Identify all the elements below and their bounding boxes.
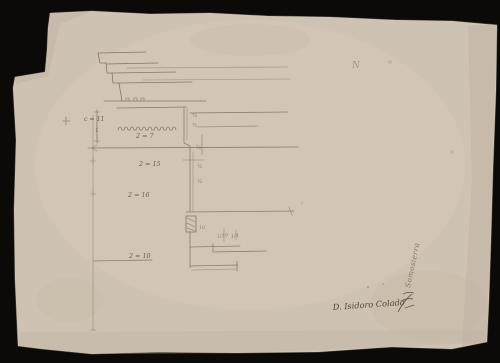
fraction-label-3: ¼	[196, 144, 201, 151]
fraction-label-5: ¼	[197, 178, 202, 185]
sheet-corner-mark: N	[351, 61, 361, 71]
fraction-label-1: ¾	[192, 112, 197, 119]
dimension-label-wall: 2 = 16	[127, 191, 150, 199]
drawing-canvas: c = 11 1 2 = 7 2 = 15 2 = 16 2 = 10 ¾ ½ …	[0, 0, 500, 363]
dimension-label-left-sub: 1	[95, 128, 99, 134]
paper-sheet	[13, 11, 497, 354]
fraction-label-4: ¾	[197, 163, 202, 170]
fraction-label-8: 10	[199, 225, 205, 231]
dimension-label-base: 2 = 10	[128, 252, 151, 260]
dimension-label-mid: 2 = 15	[138, 160, 161, 168]
scanned-drawing-photo: c = 11 1 2 = 7 2 = 15 2 = 16 2 = 10 ¾ ½ …	[0, 0, 500, 363]
dimension-label-frieze: 2 = 7	[135, 132, 154, 140]
dimension-label-left-top: c = 11	[84, 116, 104, 123]
fraction-label-2: ½	[192, 122, 197, 129]
fraction-label-7: 1/4	[230, 233, 239, 240]
